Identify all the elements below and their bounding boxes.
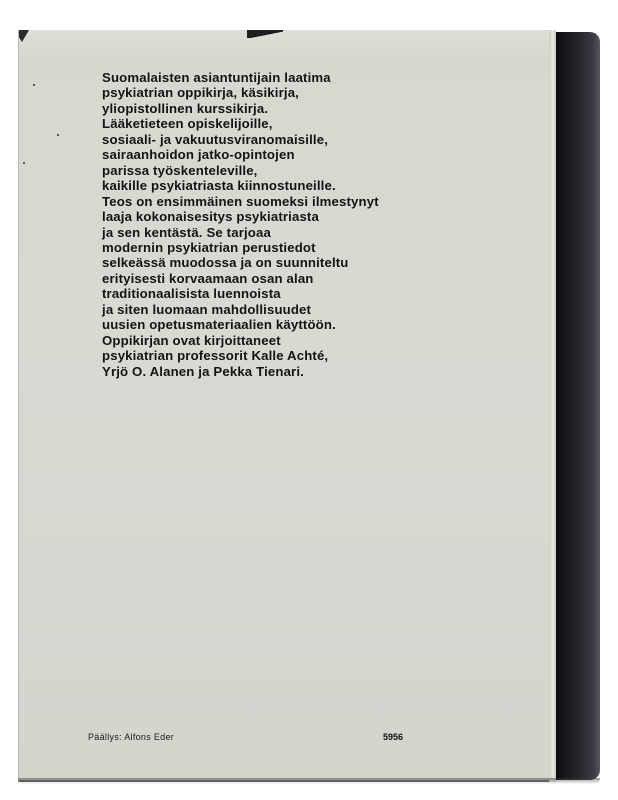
blurb-line: yliopistollinen kurssikirja. [102,101,379,116]
cover-panel: Suomalaisten asiantuntijain laatima psyk… [18,30,556,782]
book-back-cover: Suomalaisten asiantuntijain laatima psyk… [18,28,600,782]
stain-speck [23,162,25,164]
book-shadow [18,778,600,784]
blurb-line: Suomalaisten asiantuntijain laatima [102,70,379,85]
product-code: 5956 [383,732,403,742]
jacket-fold-edge [549,30,556,782]
blurb-line: erityisesti korvaamaan osan alan [102,271,379,286]
stain-speck [33,84,35,86]
blurb-text: Suomalaisten asiantuntijain laatima psyk… [102,70,379,379]
blurb-line: kaikille psykiatriasta kiinnostuneille. [102,178,379,193]
dust-jacket-tear [247,30,283,38]
blurb-line: Lääketieteen opiskelijoille, [102,116,379,131]
blurb-line: Oppikirjan ovat kirjoittaneet [102,333,379,348]
worn-corner [19,30,29,42]
blurb-line: psykiatrian oppikirja, käsikirja, [102,85,379,100]
blurb-line: selkeässä muodossa ja on suunniteltu [102,255,379,270]
blurb-line: traditionaalisista luennoista [102,286,379,301]
blurb-line: ja sen kentästä. Se tarjoaa [102,225,379,240]
blurb-line: parissa työskenteleville, [102,163,379,178]
blurb-line: psykiatrian professorit Kalle Achté, [102,348,379,363]
blurb-line: ja siten luomaan mahdollisuudet [102,302,379,317]
blurb-line: laaja kokonaisesitys psykiatriasta [102,209,379,224]
stain-speck [57,134,59,136]
blurb-line: Yrjö O. Alanen ja Pekka Tienari. [102,364,379,379]
blurb-line: modernin psykiatrian perustiedot [102,240,379,255]
blurb-line: sairaanhoidon jatko-opintojen [102,147,379,162]
blurb-line: sosiaali- ja vakuutusviranomaisille, [102,132,379,147]
book-spine [556,32,600,780]
blurb-line: Teos on ensimmäinen suomeksi ilmestynyt [102,194,379,209]
blurb-line: uusien opetusmateriaalien käyttöön. [102,317,379,332]
cover-designer-credit: Päällys: Alfons Eder [88,732,174,742]
